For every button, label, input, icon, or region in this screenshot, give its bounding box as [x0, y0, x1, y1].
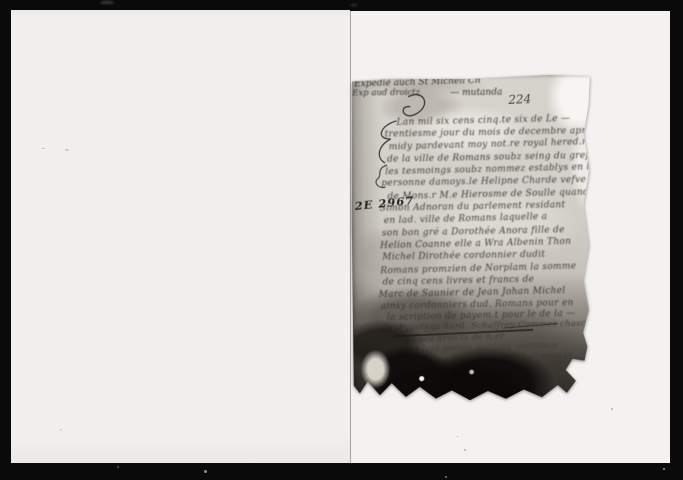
paper-mark [41, 148, 45, 149]
dust-speck [117, 466, 119, 468]
manuscript-leaf: Expedié auch St Michell Ch Exp aud droic… [350, 75, 594, 404]
microfilm-scan-viewport: Expedié auch St Michell Ch Exp aud droic… [0, 0, 683, 480]
dust-speck [100, 1, 114, 4]
dust-speck [204, 470, 207, 473]
manuscript-paper: Expedié auch St Michell Ch Exp aud droic… [350, 75, 594, 404]
paper-mark [611, 408, 613, 410]
folio-number: 224 [508, 92, 532, 107]
dust-speck [350, 4, 358, 6]
paper-mark [457, 436, 458, 437]
dust-speck [663, 468, 665, 470]
paper-mark [60, 429, 62, 431]
book-page-left-blank [11, 10, 350, 463]
paper-mark [464, 449, 466, 451]
paper-mark [65, 149, 69, 151]
registrar-note-annotation: — mutanda [450, 89, 502, 99]
dust-speck [445, 476, 447, 478]
registrar-note-line2: Exp aud droictz [352, 89, 420, 98]
